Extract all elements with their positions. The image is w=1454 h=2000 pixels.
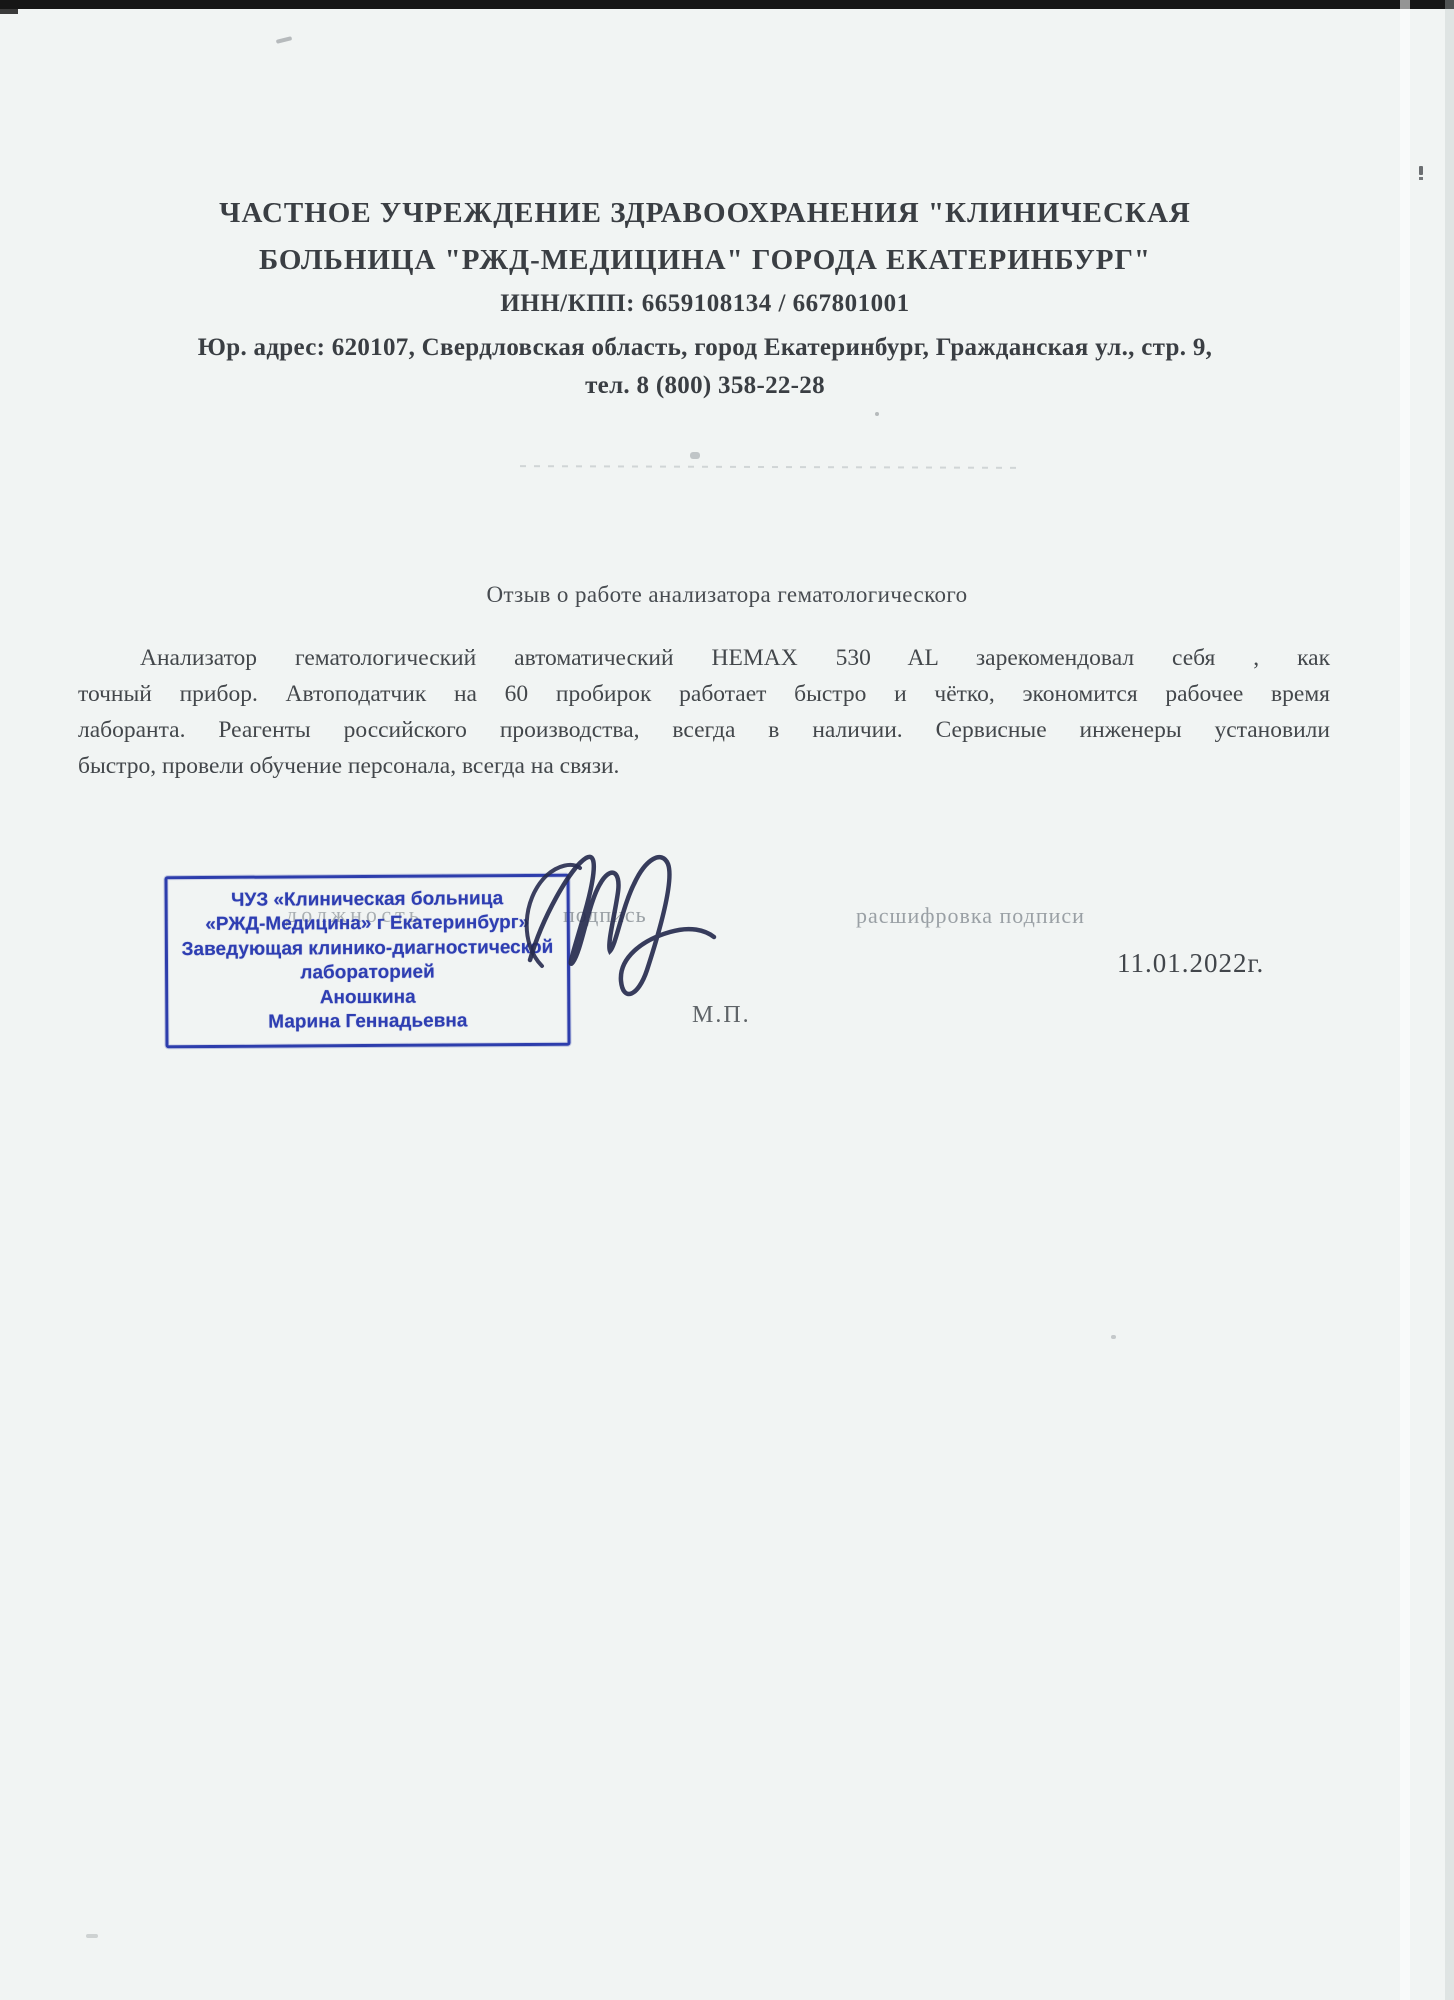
scan-artifact [86, 1934, 98, 1938]
organization-name-line2: БОЛЬНИЦА "РЖД-МЕДИЦИНА" ГОРОДА ЕКАТЕРИНБ… [0, 237, 1410, 284]
scan-artifact [1111, 1335, 1116, 1339]
body-line: точный прибор. Автоподатчик на 60 пробир… [78, 676, 1330, 712]
stamp-line: Аношкина [168, 984, 567, 1011]
scan-artifact [875, 412, 879, 416]
legal-address-block: Юр. адрес: 620107, Свердловская область,… [0, 329, 1410, 405]
address-line2-phone: тел. 8 (800) 358-22-28 [0, 367, 1410, 405]
organization-header: ЧАСТНОЕ УЧРЕЖДЕНИЕ ЗДРАВООХРАНЕНИЯ "КЛИН… [0, 190, 1410, 324]
review-body-paragraph: Анализатор гематологический автоматическ… [78, 640, 1330, 784]
scan-artifact [276, 36, 292, 44]
stamp-line: ЧУЗ «Клиническая больница [168, 886, 567, 913]
review-title: Отзыв о работе анализатора гематологичес… [0, 582, 1454, 608]
stamp-line: «РЖД-Медицина» г Екатеринбург» [168, 911, 567, 938]
paper-edge-shadow [1445, 0, 1454, 2000]
scan-artifact [520, 465, 1020, 469]
document-date: 11.01.2022г. [1117, 948, 1264, 979]
stamp-line: Марина Геннадьевна [168, 1009, 567, 1036]
scan-artifact [690, 452, 700, 459]
address-line1: Юр. адрес: 620107, Свердловская область,… [0, 329, 1410, 367]
organization-stamp: ЧУЗ «Клиническая больница «РЖД-Медицина»… [164, 874, 570, 1048]
body-line: лаборанта. Реагенты российского производ… [78, 712, 1330, 748]
signature-transcript-caption: расшифровка подписи [856, 903, 1085, 929]
body-line: быстро, провели обучение персонала, всег… [78, 748, 1330, 784]
inn-kpp-line: ИНН/КПП: 6659108134 / 667801001 [0, 284, 1410, 324]
scan-edge-artifact [0, 9, 18, 14]
scan-edge-artifact [0, 0, 1454, 9]
organization-name-line1: ЧАСТНОЕ УЧРЕЖДЕНИЕ ЗДРАВООХРАНЕНИЯ "КЛИН… [0, 190, 1410, 237]
stamp-line: Заведующая клинико-диагностической [168, 935, 567, 962]
body-line: Анализатор гематологический автоматическ… [78, 640, 1330, 676]
scanned-review-letter: ЧАСТНОЕ УЧРЕЖДЕНИЕ ЗДРАВООХРАНЕНИЯ "КЛИН… [0, 0, 1454, 2000]
handwritten-signature [512, 846, 737, 1011]
stamp-line: лабораторией [168, 960, 567, 987]
scan-artifact [1419, 166, 1423, 175]
